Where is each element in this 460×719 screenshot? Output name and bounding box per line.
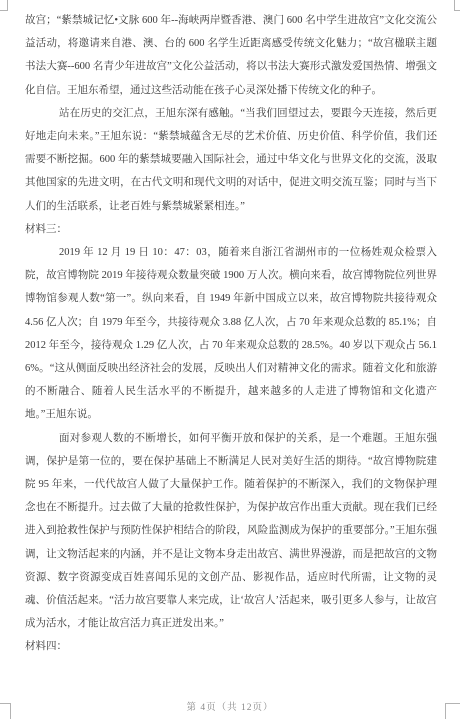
margin-mark-top-left-icon [0, 0, 8, 11]
material-four-label: 材料四： [25, 635, 437, 658]
page-number-footer: 第 4页（共 12页） [0, 699, 460, 713]
material-three-label: 材料三： [25, 218, 437, 241]
margin-mark-top-right-icon [454, 0, 460, 11]
paragraph-protection-balance: 面对参观人数的不断增长，如何平衡开放和保护的关系，是一个难题。王旭东强调，保护是… [25, 427, 437, 636]
paragraph-gugong-activities: 故宫；“紫禁城记忆•文脉 600 年--海峡两岸暨香港、澳门 600 名中学生进… [25, 9, 437, 102]
document-page: { "document": { "paragraphs": [ { "id": … [0, 0, 460, 719]
paragraph-historical-crossroads: 站在历史的交汇点，王旭东深有感触。“当我们回望过去，要跟今天连接，然后更好地走向… [25, 102, 437, 218]
document-body: 故宫；“紫禁城记忆•文脉 600 年--海峡两岸暨香港、澳门 600 名中学生进… [25, 9, 437, 659]
paragraph-visitor-statistics: 2019 年 12 月 19 日 10：47：03，随着来自浙江省湖州市的一位杨… [25, 241, 437, 427]
